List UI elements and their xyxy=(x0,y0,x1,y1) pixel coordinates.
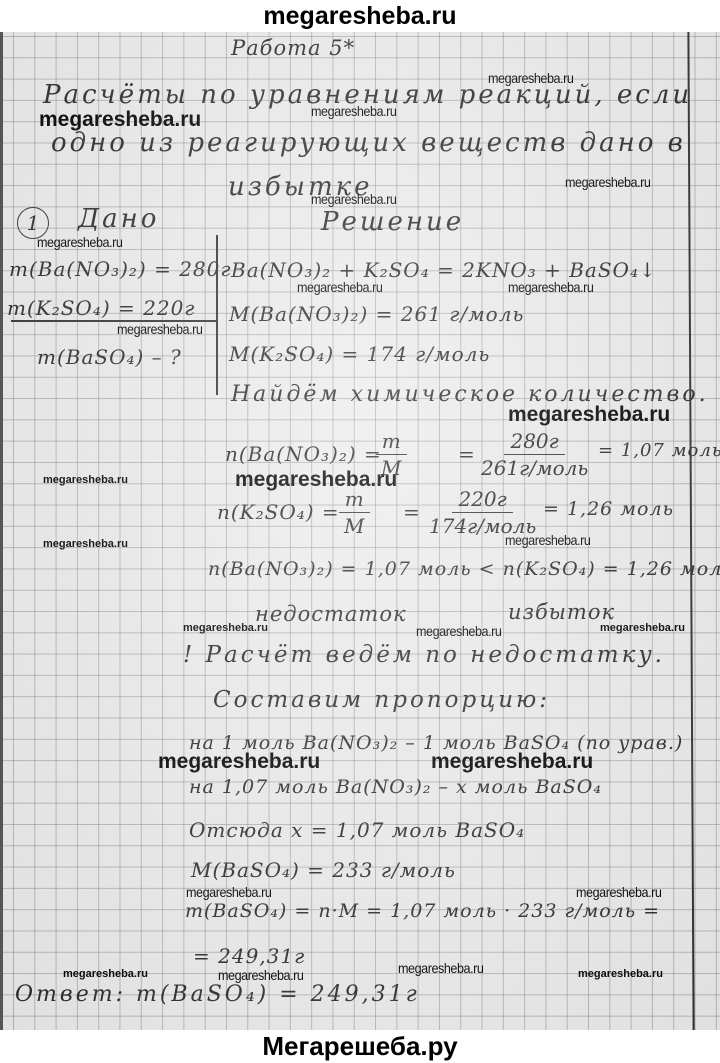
watermark: megaresheba.ru xyxy=(37,234,122,250)
n1-frac1-num: m xyxy=(376,428,407,455)
given-item-2: m(K₂SO₄) = 220г xyxy=(7,296,195,320)
watermark: megaresheba.ru xyxy=(488,70,573,86)
topic-line-2: одно из реагирующих веществ дано в xyxy=(51,128,686,158)
watermark: megaresheba.ru xyxy=(311,103,396,119)
n1-frac2-den: 261г/моль xyxy=(475,455,594,481)
watermark: megaresheba.ru xyxy=(235,468,397,492)
excess-label: избыток xyxy=(508,600,615,624)
site-footer[interactable]: Мегарешеба.ру xyxy=(0,1030,720,1063)
watermark: megaresheba.ru xyxy=(505,532,590,548)
watermark: megaresheba.ru xyxy=(158,750,320,774)
proportion-line-2: на 1,07 моль Ba(NO₃)₂ – x моль BaSO₄ xyxy=(189,776,602,798)
watermark: megaresheba.ru xyxy=(431,750,593,774)
hence-line: Отсюда x = 1,07 моль BaSO₄ xyxy=(189,818,525,842)
n2-fraction-formula: m M xyxy=(338,486,370,539)
mass-result: = 249,31г xyxy=(193,944,305,968)
n2-result: = 1,26 моль xyxy=(543,498,674,520)
n1-result: = 1,07 моль xyxy=(598,440,720,461)
watermark: megaresheba.ru xyxy=(416,623,501,639)
watermark: megaresheba.ru xyxy=(297,279,382,295)
deficit-label: недостаток xyxy=(255,602,407,626)
watermark: megaresheba.ru xyxy=(565,174,650,190)
watermark: megaresheba.ru xyxy=(63,968,148,980)
mass-calculation: m(BaSO₄) = n·M = 1,07 моль · 233 г/моль … xyxy=(185,900,660,922)
solution-heading: Решение xyxy=(321,207,464,237)
n1-fraction-values: 280г 261г/моль xyxy=(475,428,594,481)
amount-comparison: n(Ba(NO₃)₂) = 1,07 моль < n(K₂SO₄) = 1,2… xyxy=(208,558,720,580)
work-title: Работа 5* xyxy=(231,36,355,60)
site-header[interactable]: megaresheba.ru xyxy=(0,0,720,32)
watermark: megaresheba.ru xyxy=(578,968,663,980)
watermark: megaresheba.ru xyxy=(508,279,593,295)
molar-mass-ba-no3: M(Ba(NO₃)₂) = 261 г/моль xyxy=(229,302,524,326)
answer-line: Ответ: m(BaSO₄) = 249,31г xyxy=(15,982,420,1007)
n1-eq: = xyxy=(458,442,476,466)
watermark: megaresheba.ru xyxy=(183,622,268,634)
watermark: megaresheba.ru xyxy=(43,474,128,486)
watermark: megaresheba.ru xyxy=(218,967,303,983)
watermark: megaresheba.ru xyxy=(508,403,670,427)
watermark: megaresheba.ru xyxy=(117,321,202,337)
watermark: megaresheba.ru xyxy=(576,884,661,900)
proportion-heading: Составим пропорцию: xyxy=(213,687,550,713)
margin-line xyxy=(687,32,694,1030)
n2-left: n(K₂SO₄) = xyxy=(217,500,340,524)
notebook-page-photo: Работа 5* Расчёты по уравнениям реакций,… xyxy=(0,32,720,1030)
n1-left: n(Ba(NO₃)₂) = xyxy=(225,442,382,466)
watermark: megaresheba.ru xyxy=(398,960,483,976)
watermark: megaresheba.ru xyxy=(600,622,685,634)
molar-mass-baso4: M(BaSO₄) = 233 г/моль xyxy=(191,858,456,882)
given-item-1: m(Ba(NO₃)₂) = 280г xyxy=(9,257,231,281)
watermark: megaresheba.ru xyxy=(39,108,201,132)
calc-note: ! Расчёт ведём по недостатку. xyxy=(183,642,665,668)
given-find: m(BaSO₄) – ? xyxy=(37,345,182,369)
n2-frac1-den: M xyxy=(338,513,370,539)
molar-mass-k2so4: M(K₂SO₄) = 174 г/моль xyxy=(229,342,490,366)
n2-frac2-num: 220г xyxy=(452,486,512,513)
n1-frac2-num: 280г xyxy=(504,428,564,455)
n2-eq: = xyxy=(403,500,421,524)
watermark: megaresheba.ru xyxy=(43,538,128,550)
watermark: megaresheba.ru xyxy=(186,884,271,900)
given-heading: Дано xyxy=(78,204,159,234)
watermark: megaresheba.ru xyxy=(311,191,396,207)
